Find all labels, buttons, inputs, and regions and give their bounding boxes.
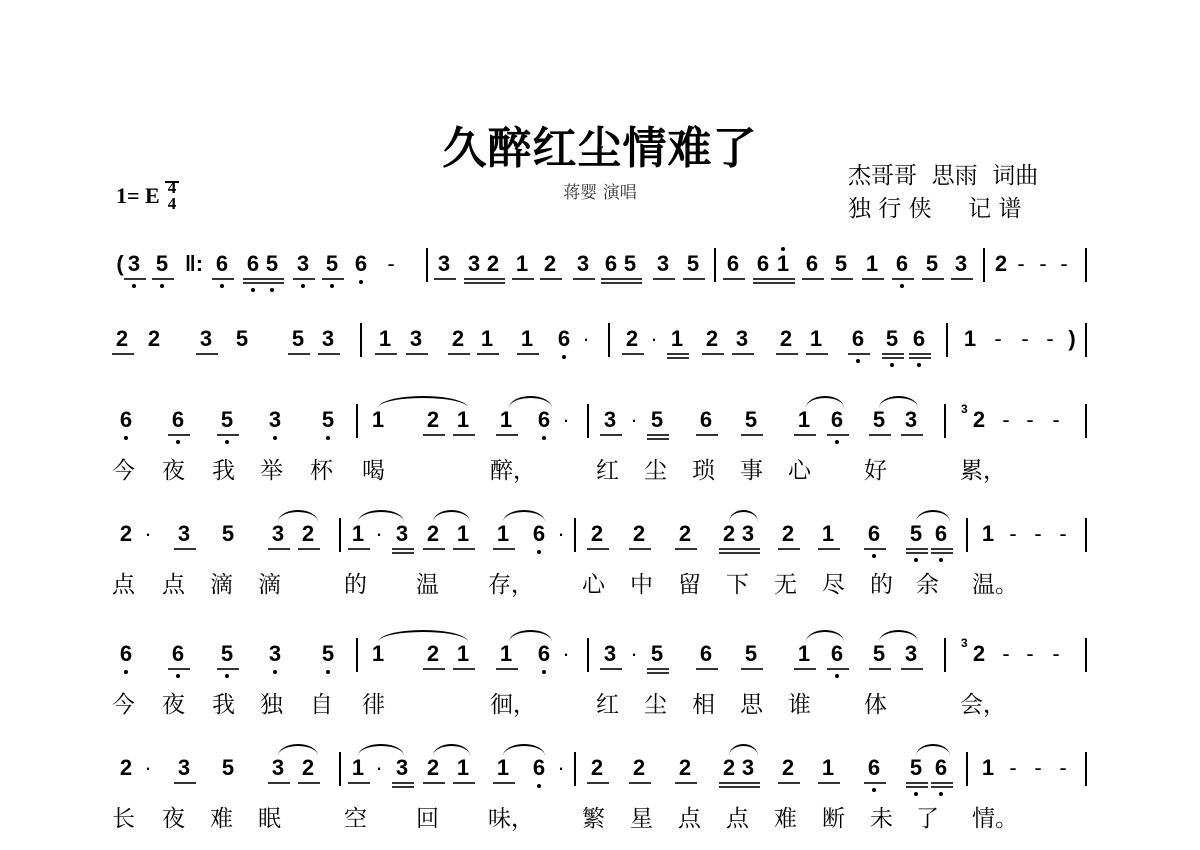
note: 5 bbox=[869, 408, 889, 432]
lyric-syllable: 难 bbox=[210, 800, 233, 833]
note: 6 bbox=[931, 756, 951, 780]
note: - bbox=[1040, 327, 1060, 351]
lyric-syllable: 点 bbox=[112, 566, 135, 599]
lyric-syllable: 星 bbox=[630, 800, 653, 833]
slur bbox=[358, 510, 404, 522]
low-octave-dot bbox=[835, 440, 839, 444]
beam bbox=[477, 353, 499, 355]
note: 1 bbox=[496, 642, 516, 666]
lyric-syllable: 中 bbox=[630, 566, 653, 599]
beam bbox=[423, 434, 445, 436]
slur bbox=[916, 510, 950, 522]
beam bbox=[864, 548, 886, 550]
note: 3 bbox=[600, 408, 620, 432]
note: - bbox=[1020, 408, 1040, 432]
beam bbox=[512, 278, 534, 280]
slur bbox=[509, 396, 552, 408]
beam bbox=[268, 548, 290, 550]
beam bbox=[620, 278, 642, 280]
note: 2 bbox=[116, 522, 136, 546]
note: 6 bbox=[212, 252, 232, 276]
note: 6 bbox=[802, 252, 822, 276]
note: 5 bbox=[288, 327, 308, 351]
note: - bbox=[1046, 408, 1066, 432]
note: 1 bbox=[477, 327, 497, 351]
low-octave-dot bbox=[359, 280, 363, 284]
note: 5 bbox=[217, 408, 237, 432]
note: 6 bbox=[696, 408, 716, 432]
low-octave-dot bbox=[856, 359, 860, 363]
lyric-syllable: 的 bbox=[870, 566, 893, 599]
barline bbox=[944, 638, 946, 672]
beam bbox=[869, 434, 891, 436]
note: - bbox=[381, 252, 401, 276]
beam bbox=[778, 548, 800, 550]
barline bbox=[339, 518, 341, 552]
beam-double bbox=[392, 552, 414, 554]
beam bbox=[922, 278, 944, 280]
note: 3 bbox=[738, 756, 758, 780]
low-octave-dot bbox=[835, 674, 839, 678]
beam bbox=[587, 782, 609, 784]
note: 2 bbox=[776, 327, 796, 351]
grace-note: 3 bbox=[961, 402, 968, 416]
low-octave-dot bbox=[124, 436, 128, 440]
note: · bbox=[138, 756, 158, 780]
beam bbox=[288, 353, 310, 355]
barline bbox=[356, 638, 358, 672]
beam bbox=[696, 668, 718, 670]
low-octave-dot bbox=[273, 436, 277, 440]
note: - bbox=[1033, 252, 1053, 276]
beam bbox=[723, 278, 745, 280]
note: · bbox=[556, 408, 576, 432]
note: 3 bbox=[901, 408, 921, 432]
beam-double bbox=[667, 357, 689, 359]
note: 6 bbox=[827, 642, 847, 666]
note: - bbox=[988, 327, 1008, 351]
barline bbox=[1085, 638, 1087, 672]
low-octave-dot bbox=[132, 284, 136, 288]
note: 5 bbox=[318, 408, 338, 432]
low-octave-dot bbox=[326, 436, 330, 440]
beam bbox=[862, 278, 884, 280]
note: - bbox=[1028, 756, 1048, 780]
low-octave-dot bbox=[562, 355, 566, 359]
beam bbox=[493, 548, 515, 550]
note: · bbox=[369, 522, 389, 546]
note: 6 bbox=[116, 642, 136, 666]
note: 2 bbox=[622, 327, 642, 351]
note: - bbox=[1053, 756, 1073, 780]
beam bbox=[882, 353, 904, 355]
beam bbox=[802, 278, 824, 280]
note: - bbox=[1046, 642, 1066, 666]
note: 1 bbox=[818, 756, 838, 780]
note: 1 bbox=[368, 642, 388, 666]
beam bbox=[174, 548, 196, 550]
beam bbox=[806, 353, 828, 355]
time-bottom: 4 bbox=[168, 196, 177, 212]
grace-note: 3 bbox=[961, 636, 968, 650]
note: 6 bbox=[601, 252, 621, 276]
beam bbox=[906, 548, 928, 550]
beam bbox=[901, 434, 923, 436]
lyric-syllable: 余 bbox=[916, 566, 939, 599]
note: 6 bbox=[534, 408, 554, 432]
low-octave-dot bbox=[917, 363, 921, 367]
slur bbox=[433, 744, 470, 756]
slur bbox=[503, 744, 545, 756]
beam bbox=[348, 782, 370, 784]
low-octave-dot bbox=[301, 284, 305, 288]
low-octave-dot bbox=[176, 674, 180, 678]
note: ) bbox=[1062, 327, 1082, 351]
note: 3 bbox=[392, 756, 412, 780]
note: 6 bbox=[116, 408, 136, 432]
slur bbox=[879, 396, 918, 408]
lyric-syllable: 下 bbox=[726, 566, 749, 599]
lyric-syllable: 难 bbox=[774, 800, 797, 833]
note: 2 bbox=[423, 522, 443, 546]
lyric-syllable: 今 bbox=[112, 686, 135, 719]
time-signature: 4 4 bbox=[168, 180, 177, 212]
note: 3 bbox=[600, 642, 620, 666]
lyric-syllable: 长 bbox=[112, 800, 135, 833]
beam bbox=[392, 548, 414, 550]
note: 1 bbox=[862, 252, 882, 276]
slur bbox=[509, 630, 552, 642]
lyric-syllable: 回 bbox=[416, 800, 439, 833]
beam bbox=[392, 782, 414, 784]
low-octave-dot bbox=[890, 363, 894, 367]
lyric-syllable: 点 bbox=[162, 566, 185, 599]
beam bbox=[174, 782, 196, 784]
note: - bbox=[1003, 756, 1023, 780]
note: 6 bbox=[351, 252, 371, 276]
lyric-syllable: 徊， bbox=[490, 686, 536, 719]
lyric-syllable: 尘 bbox=[644, 452, 667, 485]
lyric-syllable: 徘 bbox=[362, 686, 385, 719]
beam bbox=[600, 668, 622, 670]
beam-double bbox=[647, 672, 669, 674]
note: 1 bbox=[496, 408, 516, 432]
note: · bbox=[369, 756, 389, 780]
slur bbox=[879, 630, 918, 642]
lyric-syllable: 会， bbox=[960, 686, 1006, 719]
beam bbox=[848, 353, 870, 355]
note: 1 bbox=[794, 642, 814, 666]
note: 6 bbox=[168, 642, 188, 666]
note: 1 bbox=[348, 756, 368, 780]
beam-double bbox=[483, 282, 505, 284]
beam-double bbox=[392, 786, 414, 788]
beam bbox=[732, 353, 754, 355]
lyric-syllable: 繁 bbox=[582, 800, 605, 833]
note: 1 bbox=[818, 522, 838, 546]
lyric-syllable: 琐 bbox=[692, 452, 715, 485]
note: 5 bbox=[318, 642, 338, 666]
beam bbox=[453, 668, 475, 670]
note: 2 bbox=[629, 522, 649, 546]
note: 3 bbox=[732, 327, 752, 351]
note: 5 bbox=[882, 327, 902, 351]
beam bbox=[587, 548, 609, 550]
beam bbox=[168, 434, 190, 436]
beam bbox=[262, 278, 284, 280]
note: 3 bbox=[951, 252, 971, 276]
beam bbox=[298, 548, 320, 550]
beam-double bbox=[647, 438, 669, 440]
low-octave-dot bbox=[939, 558, 943, 562]
low-octave-dot bbox=[273, 670, 277, 674]
note: 6 bbox=[864, 522, 884, 546]
note: 3 bbox=[738, 522, 758, 546]
lyric-syllable: 相 bbox=[692, 686, 715, 719]
beam bbox=[741, 668, 763, 670]
beam bbox=[453, 548, 475, 550]
barline bbox=[574, 518, 576, 552]
low-octave-dot bbox=[914, 792, 918, 796]
note: 3 bbox=[174, 522, 194, 546]
note: ‖: bbox=[184, 252, 204, 276]
barline bbox=[587, 638, 589, 672]
beam bbox=[112, 353, 134, 355]
barline bbox=[1085, 518, 1087, 552]
low-octave-dot bbox=[542, 436, 546, 440]
beam bbox=[818, 782, 840, 784]
lyric-syllable: 独 bbox=[260, 686, 283, 719]
low-octave-dot bbox=[537, 550, 541, 554]
barline bbox=[608, 323, 610, 357]
transcriber: 独 行 侠 记 谱 bbox=[848, 193, 1038, 226]
note: - bbox=[1054, 252, 1074, 276]
lyric-syllable: 体 bbox=[864, 686, 887, 719]
note: 6 bbox=[529, 756, 549, 780]
barline bbox=[1085, 323, 1087, 357]
low-octave-dot bbox=[220, 284, 224, 288]
note: 1 bbox=[978, 522, 998, 546]
slur bbox=[729, 744, 758, 756]
beam bbox=[298, 782, 320, 784]
note: · bbox=[551, 522, 571, 546]
note: 1 bbox=[794, 408, 814, 432]
beam-double bbox=[753, 282, 775, 284]
note: 3 bbox=[406, 327, 426, 351]
note: 1 bbox=[806, 327, 826, 351]
lyric-syllable: 今 bbox=[112, 452, 135, 485]
beam bbox=[268, 782, 290, 784]
note: 5 bbox=[322, 252, 342, 276]
beam bbox=[517, 353, 539, 355]
beam bbox=[168, 668, 190, 670]
slur bbox=[358, 744, 404, 756]
beam bbox=[453, 434, 475, 436]
note: 6 bbox=[892, 252, 912, 276]
beam bbox=[629, 548, 651, 550]
note: - bbox=[1053, 522, 1073, 546]
note: - bbox=[996, 642, 1016, 666]
beam bbox=[675, 782, 697, 784]
note: 3 bbox=[124, 252, 144, 276]
note: · bbox=[624, 408, 644, 432]
beam bbox=[293, 278, 315, 280]
note: 1 bbox=[773, 252, 793, 276]
beam bbox=[827, 434, 849, 436]
lyric-syllable: 留 bbox=[678, 566, 701, 599]
note: 3 bbox=[268, 756, 288, 780]
note: 6 bbox=[696, 642, 716, 666]
note: 3 bbox=[318, 327, 338, 351]
key-label: 1= E bbox=[116, 183, 160, 209]
beam bbox=[931, 782, 953, 784]
lyric-syllable: 心 bbox=[788, 452, 811, 485]
beam-double bbox=[882, 357, 904, 359]
note: 6 bbox=[529, 522, 549, 546]
note: 2 bbox=[587, 522, 607, 546]
lyric-syllable: 我 bbox=[212, 686, 235, 719]
note: 1 bbox=[453, 642, 473, 666]
note: 3 bbox=[268, 522, 288, 546]
low-octave-dot bbox=[872, 554, 876, 558]
note: 1 bbox=[453, 522, 473, 546]
beam bbox=[818, 548, 840, 550]
note: - bbox=[1003, 522, 1023, 546]
lyric-syllable: 举 bbox=[260, 452, 283, 485]
note: 1 bbox=[368, 408, 388, 432]
beam bbox=[348, 548, 370, 550]
beam bbox=[423, 782, 445, 784]
lyric-syllable: 滴 bbox=[258, 566, 281, 599]
beam bbox=[667, 353, 689, 355]
beam bbox=[496, 668, 518, 670]
beam bbox=[434, 278, 456, 280]
slur bbox=[433, 510, 470, 522]
beam bbox=[217, 668, 239, 670]
low-octave-dot bbox=[225, 440, 229, 444]
beam bbox=[653, 278, 675, 280]
note: - bbox=[1028, 522, 1048, 546]
low-octave-dot bbox=[124, 670, 128, 674]
lyric-syllable: 醉， bbox=[490, 452, 536, 485]
note: 6 bbox=[554, 327, 574, 351]
beam bbox=[152, 278, 174, 280]
lyric-syllable: 了 bbox=[916, 800, 939, 833]
note: 6 bbox=[931, 522, 951, 546]
note: · bbox=[551, 756, 571, 780]
beam bbox=[318, 353, 340, 355]
note: - bbox=[1020, 642, 1040, 666]
lyric-syllable: 眠 bbox=[258, 800, 281, 833]
note: 5 bbox=[683, 252, 703, 276]
note: 5 bbox=[232, 327, 252, 351]
beam-double bbox=[738, 786, 760, 788]
beam bbox=[901, 668, 923, 670]
note: 3 bbox=[392, 522, 412, 546]
note: · bbox=[644, 327, 664, 351]
note: 2 bbox=[969, 408, 989, 432]
note: 1 bbox=[453, 756, 473, 780]
lyric-syllable: 红 bbox=[596, 452, 619, 485]
low-octave-dot bbox=[270, 288, 274, 292]
slur bbox=[378, 396, 468, 408]
low-octave-dot bbox=[914, 558, 918, 562]
beam-double bbox=[773, 282, 795, 284]
beam bbox=[217, 434, 239, 436]
barline bbox=[966, 752, 968, 786]
note: 2 bbox=[587, 756, 607, 780]
beam bbox=[892, 278, 914, 280]
note: 1 bbox=[453, 408, 473, 432]
beam bbox=[696, 434, 718, 436]
low-octave-dot bbox=[160, 284, 164, 288]
lyric-syllable: 夜 bbox=[162, 686, 185, 719]
note: 3 bbox=[464, 252, 484, 276]
beam bbox=[212, 278, 234, 280]
barline bbox=[714, 248, 716, 282]
note: 6 bbox=[864, 756, 884, 780]
lyric-syllable: 味， bbox=[488, 800, 534, 833]
lyric-syllable: 思 bbox=[740, 686, 763, 719]
lyric-syllable: 夜 bbox=[162, 452, 185, 485]
note: 1 bbox=[978, 756, 998, 780]
lyric-syllable: 温。 bbox=[972, 566, 1018, 599]
barline bbox=[574, 752, 576, 786]
note: 2 bbox=[540, 252, 560, 276]
note: 1 bbox=[512, 252, 532, 276]
beam bbox=[196, 353, 218, 355]
beam bbox=[702, 353, 724, 355]
beam bbox=[831, 278, 853, 280]
lyric-syllable: 无 bbox=[774, 566, 797, 599]
low-octave-dot bbox=[176, 440, 180, 444]
note: 5 bbox=[922, 252, 942, 276]
lyric-syllable: 点 bbox=[726, 800, 749, 833]
beam bbox=[406, 353, 428, 355]
lyric-syllable: 杯 bbox=[310, 452, 333, 485]
note: 5 bbox=[218, 522, 238, 546]
beam bbox=[647, 434, 669, 436]
note: 6 bbox=[723, 252, 743, 276]
beam bbox=[778, 782, 800, 784]
note: 5 bbox=[906, 522, 926, 546]
note: · bbox=[624, 642, 644, 666]
beam-double bbox=[909, 357, 931, 359]
lyric-syllable: 自 bbox=[310, 686, 333, 719]
beam bbox=[540, 278, 562, 280]
note: 3 bbox=[196, 327, 216, 351]
note: 2 bbox=[144, 327, 164, 351]
note: 5 bbox=[218, 756, 238, 780]
note: 6 bbox=[848, 327, 868, 351]
beam bbox=[951, 278, 973, 280]
lyric-syllable: 心 bbox=[582, 566, 605, 599]
beam bbox=[869, 668, 891, 670]
note: 5 bbox=[152, 252, 172, 276]
lyric-syllable: 尘 bbox=[644, 686, 667, 719]
note: - bbox=[996, 408, 1016, 432]
lyric-syllable: 温 bbox=[416, 566, 439, 599]
beam bbox=[423, 668, 445, 670]
note: 5 bbox=[869, 642, 889, 666]
lyric-syllable: 未 bbox=[870, 800, 893, 833]
note: 3 bbox=[265, 642, 285, 666]
low-octave-dot bbox=[872, 788, 876, 792]
beam-double bbox=[906, 552, 928, 554]
slur bbox=[378, 630, 468, 642]
low-octave-dot bbox=[251, 288, 255, 292]
beam bbox=[753, 278, 775, 280]
